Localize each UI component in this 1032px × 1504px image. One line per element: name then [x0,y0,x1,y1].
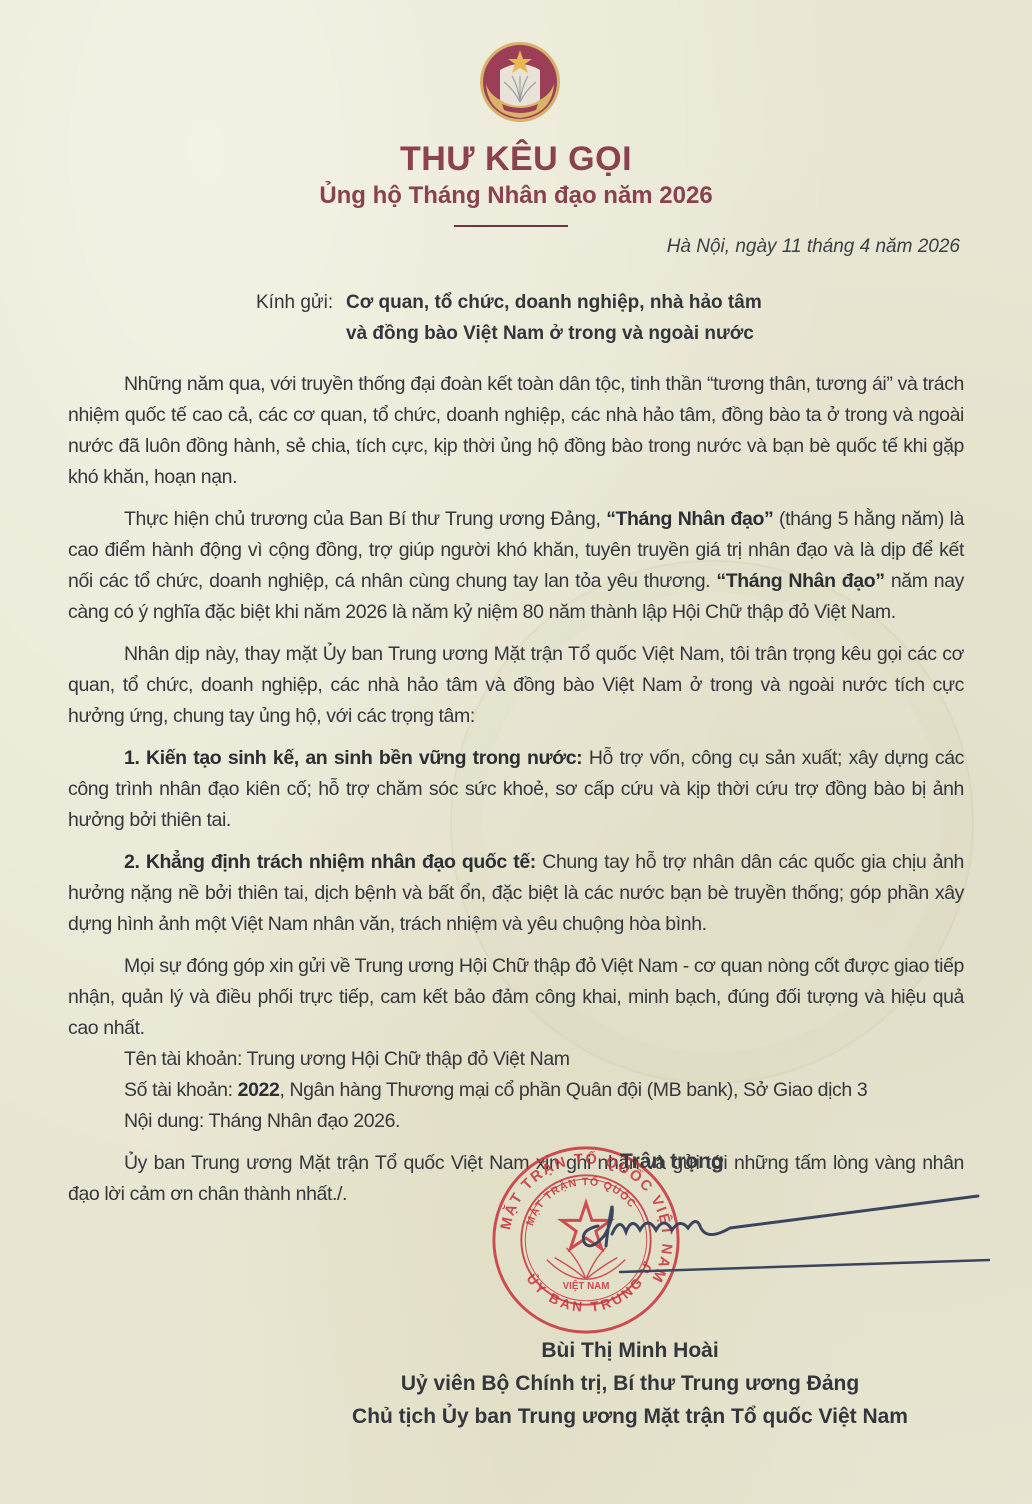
account-number-value: 2022 [238,1079,280,1101]
bank-account-info: Tên tài khoản: Trung ương Hội Chữ thập đ… [68,1044,964,1137]
paragraph-contribution: Mọi sự đóng góp xin gửi về Trung ương Hộ… [68,951,964,1044]
signer-block: Bùi Thị Minh Hoài Uỷ viên Bộ Chính trị, … [0,1334,1032,1433]
letter-body: Những năm qua, với truyền thống đại đoàn… [68,369,964,1221]
paragraph-appeal: Nhân dịp này, thay mặt Ủy ban Trung ương… [68,639,964,732]
transfer-content-label: Nội dung: [124,1110,209,1132]
title-divider [454,225,568,227]
text-span: Thực hiện chủ trương của Ban Bí thư Trun… [124,508,606,530]
account-number-label: Số tài khoản: [124,1079,238,1101]
account-name-value: Trung ương Hội Chữ thập đỏ Việt Nam [247,1048,570,1070]
recipient-line-2: và đồng bào Việt Nam ở trong và ngoài nư… [256,318,762,349]
recipient-line-1: Cơ quan, tổ chức, doanh nghiệp, nhà hảo … [346,292,762,313]
account-number: Số tài khoản: 2022, Ngân hàng Thương mại… [68,1075,964,1106]
letter-page: THƯ KÊU GỌI Ủng hộ Tháng Nhân đạo năm 20… [0,0,1032,1504]
focus-item-2: 2. Khẳng định trách nhiệm nhân đạo quốc … [68,847,964,940]
account-name-label: Tên tài khoản: [124,1048,247,1070]
fatherland-front-logo-icon [478,40,562,124]
transfer-content: Nội dung: Tháng Nhân đạo 2026. [68,1106,964,1137]
emphasis-humanitarian-month: “Tháng Nhân đạo” [606,508,773,530]
closing-salutation: Trân trọng [620,1150,724,1174]
dateline: Hà Nội, ngày 11 tháng 4 năm 2026 [667,236,960,258]
paragraph-humanitarian-month: Thực hiện chủ trương của Ban Bí thư Trun… [68,504,964,628]
signer-title-2: Chủ tịch Ủy ban Trung ương Mặt trận Tổ q… [0,1400,1032,1433]
letter-title: THƯ KÊU GỌI [0,140,1032,179]
signer-title-1: Uỷ viên Bộ Chính trị, Bí thư Trung ương … [0,1367,1032,1400]
account-bank: , Ngân hàng Thương mại cổ phần Quân đội … [279,1079,867,1101]
recipient-label: Kính gửi: [256,287,346,318]
signer-name: Bùi Thị Minh Hoài [0,1334,1032,1367]
recipient-block: Kính gửi:Cơ quan, tổ chức, doanh nghiệp,… [256,287,762,349]
emphasis-humanitarian-month: “Tháng Nhân đạo” [716,570,884,592]
focus-item-2-title: 2. Khẳng định trách nhiệm nhân đạo quốc … [124,851,536,873]
paragraph-intro: Những năm qua, với truyền thống đại đoàn… [68,369,964,493]
letter-subtitle: Ủng hộ Tháng Nhân đạo năm 2026 [0,182,1032,210]
handwritten-signature-icon [560,1186,990,1276]
focus-item-1: 1. Kiến tạo sinh kế, an sinh bền vững tr… [68,743,964,836]
focus-item-1-title: 1. Kiến tạo sinh kế, an sinh bền vững tr… [124,747,582,769]
account-name: Tên tài khoản: Trung ương Hội Chữ thập đ… [68,1044,964,1075]
svg-text:VIỆT NAM: VIỆT NAM [563,1280,610,1292]
transfer-content-value: Tháng Nhân đạo 2026. [209,1110,401,1132]
